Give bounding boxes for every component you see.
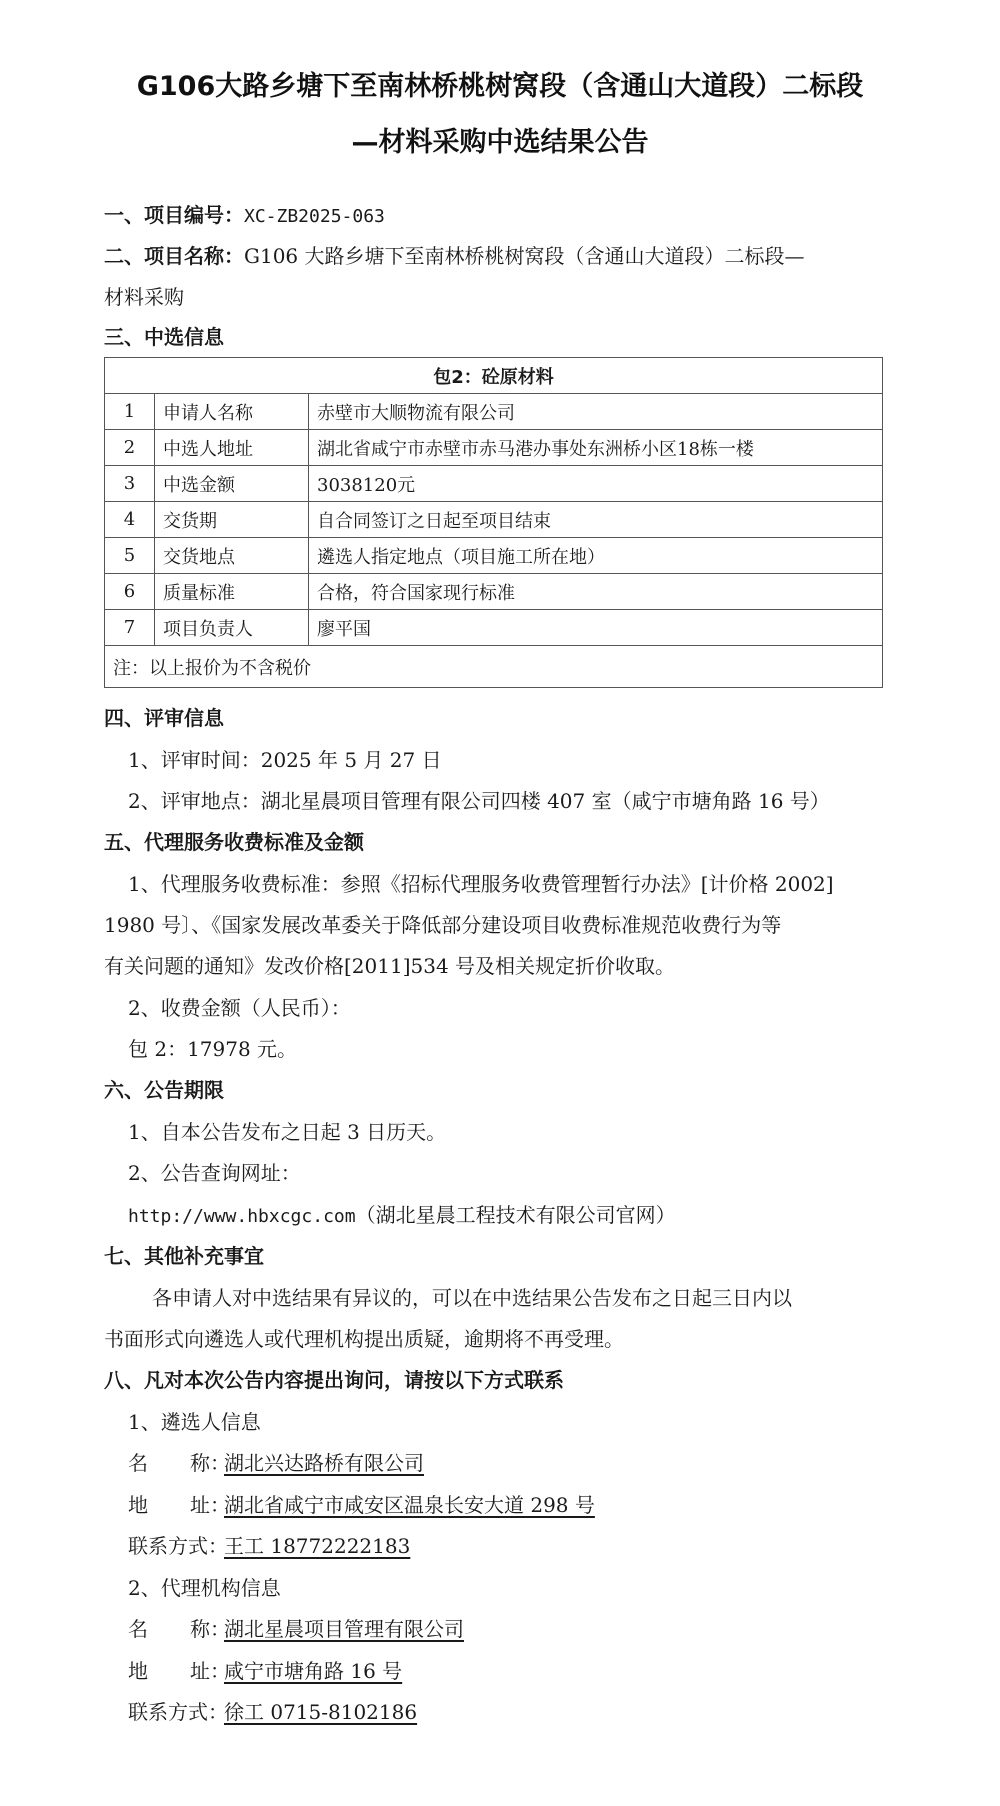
announcement-page: G106大路乡塘下至南林桥桃树窝段（含通山大道段）二标段 —材料采购中选结果公告… [0,0,1000,1806]
section3-heading: 三、中选信息 [104,325,224,349]
label: 联系方式： [128,1700,224,1724]
agency-address-line: 地址：咸宁市塘角路 16 号 [128,1659,402,1683]
row-number: 3 [105,466,155,502]
selector-name-line: 名称：湖北兴达路桥有限公司 [128,1451,424,1475]
document-title-line1: G106大路乡塘下至南林桥桃树窝段（含通山大道段）二标段 [0,64,1000,103]
agency-name: 湖北星晨项目管理有限公司 [224,1617,464,1641]
table-row: 7 项目负责人 廖平国 [105,610,883,646]
row-value: 廖平国 [309,610,883,646]
row-label: 交货地点 [155,538,309,574]
section5-heading: 五、代理服务收费标准及金额 [104,830,364,854]
row-value: 湖北省咸宁市赤壁市赤马港办事处东洲桥小区18栋一楼 [309,430,883,466]
project-number-value: XC-ZB2025-063 [244,206,385,227]
review-location: 2、评审地点：湖北星晨项目管理有限公司四楼 407 室（咸宁市塘角路 16 号） [128,789,830,813]
document-title-line2: —材料采购中选结果公告 [0,120,1000,159]
selector-contact-line: 联系方式：王工 18772222183 [128,1534,410,1558]
selector-address: 湖北省咸宁市咸安区温泉长安大道 298 号 [224,1493,595,1517]
label: 名 [128,1451,148,1475]
website-link[interactable]: http://www.hbxcgc.com [128,1206,356,1227]
query-url-label: 2、公告查询网址： [128,1161,301,1185]
row-label: 申请人名称 [155,394,309,430]
label: 名 [128,1617,148,1641]
fee-amount-value: 包 2：17978 元。 [128,1037,297,1061]
agency-info-heading: 2、代理机构信息 [128,1576,281,1600]
fee-standard-line1: 1、代理服务收费标准：参照《招标代理服务收费管理暂行办法》[计价格 2002] [128,872,834,896]
table-row: 5 交货地点 遴选人指定地点（项目施工所在地） [105,538,883,574]
row-number: 4 [105,502,155,538]
section4-heading: 四、评审信息 [104,706,224,730]
label: 地 [128,1493,148,1517]
fee-amount-label: 2、收费金额（人民币）： [128,996,351,1020]
row-label: 项目负责人 [155,610,309,646]
section8-heading: 八、凡对本次公告内容提出询问，请按以下方式联系 [104,1368,564,1392]
table-header-row: 包2：砼原材料 [105,358,883,394]
row-label: 中选人地址 [155,430,309,466]
section2-heading: 二、项目名称： [104,244,244,268]
row-label: 中选金额 [155,466,309,502]
project-number: 一、项目编号：XC-ZB2025-063 [104,203,385,229]
label: 地 [128,1659,148,1683]
label: 联系方式： [128,1534,224,1558]
selector-contact: 王工 18772222183 [224,1534,410,1558]
project-name-value-line2: 材料采购 [104,285,184,309]
fee-standard-line3: 有关问题的通知》发改价格[2011]534 号及相关规定折价收取。 [104,954,675,978]
row-number: 7 [105,610,155,646]
table-row: 4 交货期 自合同签订之日起至项目结束 [105,502,883,538]
section6-heading: 六、公告期限 [104,1078,224,1102]
row-label: 质量标准 [155,574,309,610]
selector-name: 湖北兴达路桥有限公司 [224,1451,424,1475]
table-note: 注：以上报价为不含税价 [105,646,883,688]
agency-name-line: 名称：湖北星晨项目管理有限公司 [128,1617,464,1641]
row-number: 2 [105,430,155,466]
query-url-line: http://www.hbxcgc.com（湖北星晨工程技术有限公司官网） [128,1203,676,1229]
section7-heading: 七、其他补充事宜 [104,1244,264,1268]
notice-period: 1、自本公告发布之日起 3 日历天。 [128,1120,446,1144]
agency-contact: 徐工 0715-8102186 [224,1700,417,1724]
agency-address: 咸宁市塘角路 16 号 [224,1659,402,1683]
table-row: 3 中选金额 3038120元 [105,466,883,502]
selector-info-heading: 1、遴选人信息 [128,1410,261,1434]
row-label: 交货期 [155,502,309,538]
row-value: 合格，符合国家现行标准 [309,574,883,610]
row-value: 赤壁市大顺物流有限公司 [309,394,883,430]
project-name-value-line1: G106 大路乡塘下至南林桥桃树窝段（含通山大道段）二标段— [244,244,805,268]
objection-para-line2: 书面形式向遴选人或代理机构提出质疑，逾期将不再受理。 [104,1327,624,1351]
selection-info-table: 包2：砼原材料 1 申请人名称 赤壁市大顺物流有限公司 2 中选人地址 湖北省咸… [104,357,883,688]
row-value: 3038120元 [309,466,883,502]
website-note: （湖北星晨工程技术有限公司官网） [356,1203,676,1227]
review-time: 1、评审时间：2025 年 5 月 27 日 [128,748,442,772]
row-value: 遴选人指定地点（项目施工所在地） [309,538,883,574]
objection-para-line1: 各申请人对中选结果有异议的，可以在中选结果公告发布之日起三日内以 [152,1286,792,1310]
table-row: 1 申请人名称 赤壁市大顺物流有限公司 [105,394,883,430]
package-title: 包2：砼原材料 [105,358,883,394]
agency-contact-line: 联系方式：徐工 0715-8102186 [128,1700,417,1724]
section1-heading: 一、项目编号： [104,203,244,227]
row-value: 自合同签订之日起至项目结束 [309,502,883,538]
row-number: 5 [105,538,155,574]
selector-address-line: 地址：湖北省咸宁市咸安区温泉长安大道 298 号 [128,1493,595,1517]
project-name: 二、项目名称：G106 大路乡塘下至南林桥桃树窝段（含通山大道段）二标段— [104,244,805,268]
table-row: 2 中选人地址 湖北省咸宁市赤壁市赤马港办事处东洲桥小区18栋一楼 [105,430,883,466]
table-note-row: 注：以上报价为不含税价 [105,646,883,688]
fee-standard-line2: 1980 号〕、《国家发展改革委关于降低部分建设项目收费标准规范收费行为等 [104,913,781,937]
table-row: 6 质量标准 合格，符合国家现行标准 [105,574,883,610]
row-number: 6 [105,574,155,610]
row-number: 1 [105,394,155,430]
